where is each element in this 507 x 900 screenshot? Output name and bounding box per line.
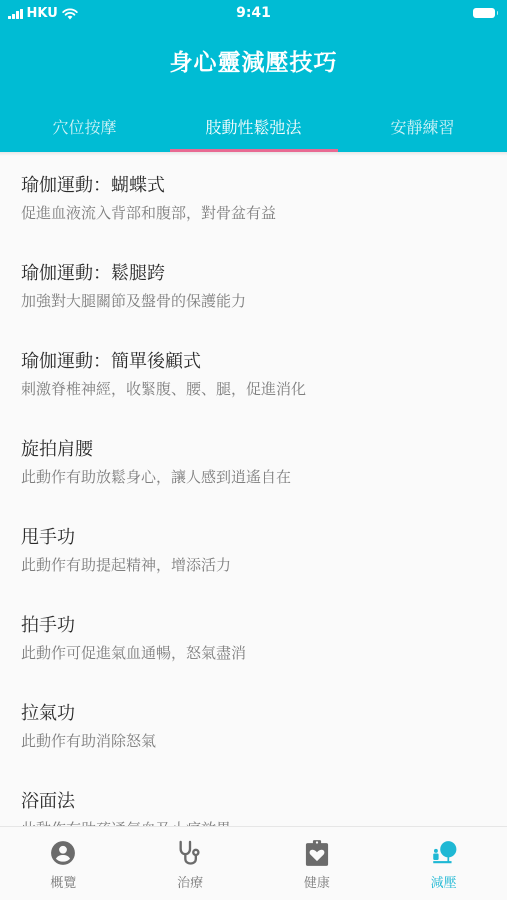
nav-label: 健康 <box>304 872 330 891</box>
list-item[interactable]: 旋拍肩腰 此動作有助放鬆身心，讓人感到逍遙自在 <box>0 420 507 508</box>
item-title: 甩手功 <box>21 523 75 549</box>
exercise-list[interactable]: 瑜伽運動：蝴蝶式 促進血液流入背部和腹部，對骨盆有益 瑜伽運動：鬆腿跨 加強對大… <box>0 156 507 826</box>
item-title: 旋拍肩腰 <box>21 435 93 461</box>
battery-icon <box>473 8 495 18</box>
item-subtitle: 此動作有助疏通氣血及止痛效果 <box>21 818 231 826</box>
list-item[interactable]: 拉氣功 此動作有助消除怒氣 <box>0 684 507 772</box>
page-title: 身心靈減壓技巧 <box>0 44 507 77</box>
tab-quiet-practice[interactable]: 安靜練習 <box>338 100 507 152</box>
nav-label: 概覽 <box>50 872 76 891</box>
stethoscope-icon <box>176 839 204 867</box>
tab-acupressure[interactable]: 穴位按摩 <box>0 100 169 152</box>
tab-progressive-relaxation[interactable]: 肢動性鬆弛法 <box>169 100 338 152</box>
nav-treatment[interactable]: 治療 <box>127 827 254 900</box>
list-item[interactable]: 浴面法 此動作有助疏通氣血及止痛效果 <box>0 772 507 826</box>
item-subtitle: 刺激脊椎神經，收緊腹、腰、腿，促進消化 <box>21 378 306 399</box>
nav-label: 減壓 <box>431 872 457 891</box>
item-title: 瑜伽運動：鬆腿跨 <box>21 259 165 285</box>
item-title: 瑜伽運動：簡單後顧式 <box>21 347 201 373</box>
item-title: 浴面法 <box>21 787 75 813</box>
meditation-tree-icon <box>430 839 458 867</box>
status-bar: HKU 9:41 <box>0 0 507 28</box>
item-title: 拉氣功 <box>21 699 75 725</box>
nav-health[interactable]: 健康 <box>254 827 381 900</box>
list-item[interactable]: 瑜伽運動：簡單後顧式 刺激脊椎神經，收緊腹、腰、腿，促進消化 <box>0 332 507 420</box>
status-time: 9:41 <box>0 5 507 21</box>
list-item[interactable]: 拍手功 此動作可促進氣血通暢，怒氣盡消 <box>0 596 507 684</box>
account-circle-icon <box>49 839 77 867</box>
list-item[interactable]: 瑜伽運動：鬆腿跨 加強對大腿關節及盤骨的保護能力 <box>0 244 507 332</box>
list-item[interactable]: 甩手功 此動作有助提起精神，增添活力 <box>0 508 507 596</box>
item-subtitle: 促進血液流入背部和腹部，對骨盆有益 <box>21 202 276 223</box>
item-title: 瑜伽運動：蝴蝶式 <box>21 171 165 197</box>
list-item[interactable]: 瑜伽運動：蝴蝶式 促進血液流入背部和腹部，對骨盆有益 <box>0 156 507 244</box>
app-header: HKU 9:41 身心靈減壓技巧 穴位按摩 肢動性鬆弛法 安靜練習 <box>0 0 507 152</box>
item-subtitle: 此動作有助提起精神，增添活力 <box>21 554 231 575</box>
tab-bar: 穴位按摩 肢動性鬆弛法 安靜練習 <box>0 100 507 152</box>
item-subtitle: 此動作可促進氣血通暢，怒氣盡消 <box>21 642 246 663</box>
item-subtitle: 此動作有助放鬆身心，讓人感到逍遙自在 <box>21 466 291 487</box>
nav-overview[interactable]: 概覽 <box>0 827 127 900</box>
app-screen: HKU 9:41 身心靈減壓技巧 穴位按摩 肢動性鬆弛法 安靜練習 瑜伽運動：蝴… <box>0 0 507 900</box>
item-subtitle: 此動作有助消除怒氣 <box>21 730 156 751</box>
nav-label: 治療 <box>177 872 203 891</box>
nav-stress-relief[interactable]: 減壓 <box>380 827 507 900</box>
item-title: 拍手功 <box>21 611 75 637</box>
bottom-navigation: 概覽 治療 健康 <box>0 826 507 900</box>
item-subtitle: 加強對大腿關節及盤骨的保護能力 <box>21 290 246 311</box>
clipboard-heart-icon <box>303 839 331 867</box>
